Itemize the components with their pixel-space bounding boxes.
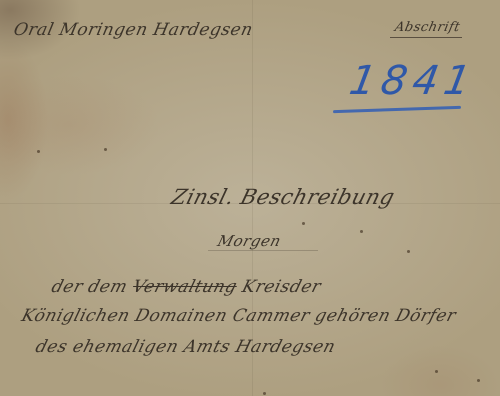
foxing-spot <box>407 250 410 253</box>
foxing-spot <box>263 392 266 395</box>
body-line-2: Königlichen Domainen Cammer gehören Dörf… <box>19 306 458 326</box>
foxing-spot <box>477 379 480 382</box>
body-line-3: des ehemaligen Amts Hardegsen <box>33 337 337 357</box>
subtitle-rule <box>208 250 318 251</box>
foxing-spot <box>37 150 40 153</box>
year-annotation: 1841 <box>346 58 480 104</box>
foxing-spot <box>360 230 363 233</box>
document-title: Zinsl. Beschreibung <box>169 185 398 209</box>
body-line-1: der dem Verwaltung Kreisder <box>49 277 323 297</box>
document-subtitle: Morgen <box>216 232 284 250</box>
struck-word: Verwaltung <box>130 277 239 297</box>
foxing-spot <box>104 148 107 151</box>
body-line-1-word: dem <box>86 277 136 297</box>
body-line-1-suffix: Kreisder <box>234 277 323 297</box>
header-right-underline <box>390 37 462 38</box>
foxing-spot <box>435 370 438 373</box>
foxing-spot <box>302 222 305 225</box>
document-page: Oral Moringen Hardegsen Abschrift 1841 Z… <box>0 0 500 396</box>
year-underline <box>333 106 461 113</box>
header-right-text: Abschrift <box>393 20 461 35</box>
header-left-text: Oral Moringen Hardegsen <box>12 20 255 40</box>
